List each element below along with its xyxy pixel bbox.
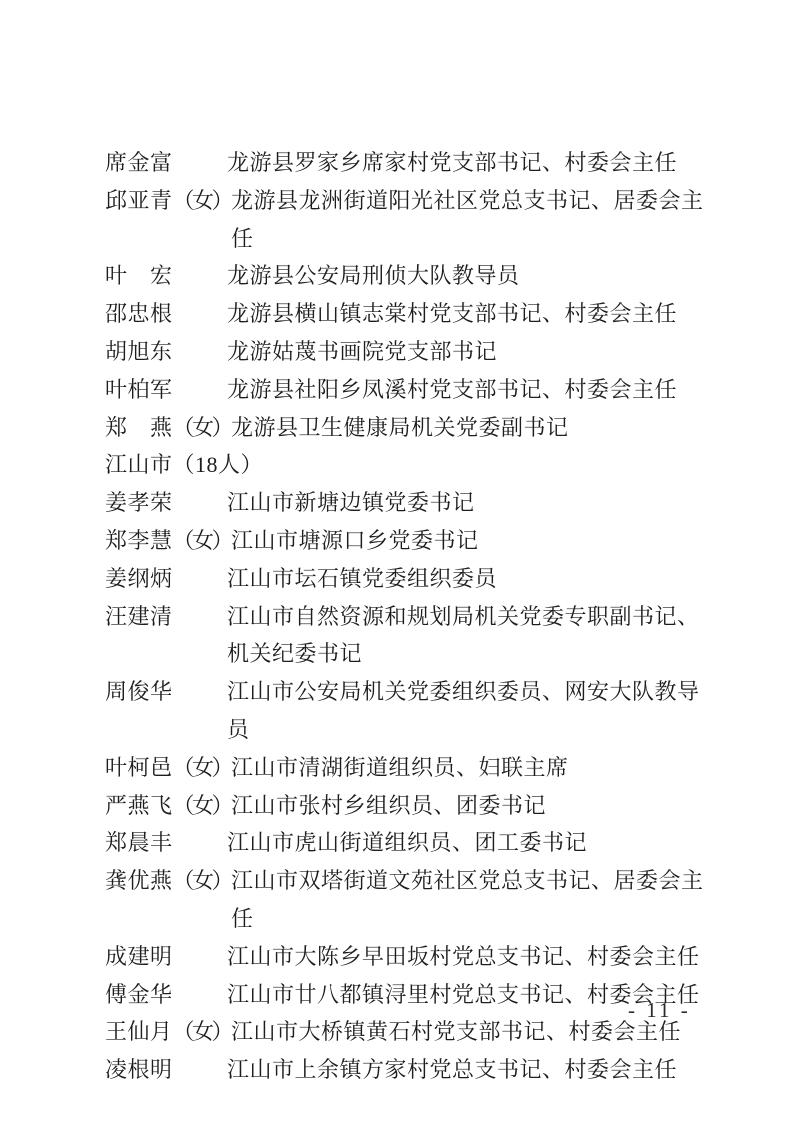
name-cell: 邵忠根 [105, 295, 227, 333]
roster-entry: 成建明 江山市大陈乡早田坂村党总支书记、村委会主任 [105, 938, 715, 976]
roster-list: 席金富 龙游县罗家乡席家村党支部书记、村委会主任 邱亚青（女） 龙游县龙洲街道阳… [105, 144, 715, 1089]
name-cell: 成建明 [105, 938, 227, 976]
name-cell: 龚优燕（女） [105, 862, 231, 900]
gender-suffix: （女） [173, 793, 232, 818]
person-name: 凌根明 [105, 1057, 173, 1082]
gender-suffix: （女） [173, 528, 232, 553]
person-name: 龚优燕 [105, 868, 173, 893]
roster-entry: 龚优燕（女） 江山市双塔街道文苑社区党总支书记、居委会主任 [105, 862, 715, 938]
name-cell: 王仙月（女） [105, 1013, 231, 1051]
name-cell: 郑 燕（女） [105, 409, 231, 447]
person-title: 龙游姑蔑书画院党支部书记 [227, 333, 714, 371]
person-title: 江山市公安局机关党委组织委员、网安大队教导员 [227, 673, 714, 749]
roster-entry: 郑晨丰 江山市虎山街道组织员、团工委书记 [105, 824, 715, 862]
name-cell: 郑李慧（女） [105, 522, 231, 560]
person-title: 龙游县罗家乡席家村党支部书记、村委会主任 [227, 144, 714, 182]
person-title: 龙游县龙洲街道阳光社区党总支书记、居委会主任 [231, 182, 715, 258]
name-cell: 傅金华 [105, 976, 227, 1014]
person-name: 严燕飞 [105, 793, 173, 818]
document-page: 席金富 龙游县罗家乡席家村党支部书记、村委会主任 邱亚青（女） 龙游县龙洲街道阳… [0, 0, 794, 1123]
roster-entry: 叶 宏 龙游县公安局刑侦大队教导员 [105, 257, 715, 295]
person-name: 傅金华 [105, 982, 173, 1007]
roster-entry: 姜孝荣 江山市新塘边镇党委书记 [105, 484, 715, 522]
name-cell: 邱亚青（女） [105, 182, 231, 220]
name-cell: 严燕飞（女） [105, 787, 231, 825]
person-title: 江山市大陈乡早田坂村党总支书记、村委会主任 [227, 938, 714, 976]
person-name: 叶柯邑 [105, 755, 173, 780]
name-cell: 周俊华 [105, 673, 227, 711]
person-title: 龙游县公安局刑侦大队教导员 [227, 257, 714, 295]
name-cell: 叶 宏 [105, 257, 227, 295]
roster-entry: 席金富 龙游县罗家乡席家村党支部书记、村委会主任 [105, 144, 715, 182]
gender-suffix: （女） [173, 1019, 232, 1044]
person-title: 江山市坛石镇党委组织委员 [227, 560, 714, 598]
roster-entry: 王仙月（女） 江山市大桥镇黄石村党支部书记、村委会主任 [105, 1013, 715, 1051]
person-title: 龙游县社阳乡凤溪村党支部书记、村委会主任 [227, 371, 714, 409]
gender-suffix: （女） [173, 188, 232, 213]
person-name: 郑晨丰 [105, 830, 173, 855]
person-title: 江山市自然资源和规划局机关党委专职副书记、机关纪委书记 [227, 598, 714, 674]
roster-entry: 傅金华 江山市廿八都镇浔里村党总支书记、村委会主任 [105, 976, 715, 1014]
name-cell: 汪建清 [105, 598, 227, 636]
roster-entry: 汪建清 江山市自然资源和规划局机关党委专职副书记、机关纪委书记 [105, 598, 715, 674]
person-name: 邱亚青 [105, 188, 173, 213]
page-number: - 11 - [628, 998, 691, 1023]
roster-entry: 邱亚青（女） 龙游县龙洲街道阳光社区党总支书记、居委会主任 [105, 182, 715, 258]
person-title: 江山市新塘边镇党委书记 [227, 484, 714, 522]
name-cell: 叶柏军 [105, 371, 227, 409]
person-name: 成建明 [105, 944, 173, 969]
roster-entry: 凌根明 江山市上余镇方家村党总支书记、村委会主任 [105, 1051, 715, 1089]
person-title: 龙游县卫生健康局机关党委副书记 [231, 409, 715, 447]
person-name: 汪建清 [105, 604, 173, 629]
roster-entry: 严燕飞（女） 江山市张村乡组织员、团委书记 [105, 787, 715, 825]
roster-entry: 叶柏军 龙游县社阳乡凤溪村党支部书记、村委会主任 [105, 371, 715, 409]
person-name: 姜纲炳 [105, 566, 173, 591]
gender-suffix: （女） [173, 868, 232, 893]
gender-suffix: （女） [173, 755, 232, 780]
roster-entry: 周俊华 江山市公安局机关党委组织委员、网安大队教导员 [105, 673, 715, 749]
name-cell: 席金富 [105, 144, 227, 182]
person-name: 邵忠根 [105, 301, 173, 326]
section-header: 江山市（18人） [105, 446, 715, 484]
roster-entry: 郑李慧（女） 江山市塘源口乡党委书记 [105, 522, 715, 560]
person-name: 姜孝荣 [105, 490, 173, 515]
name-cell: 胡旭东 [105, 333, 227, 371]
name-cell: 凌根明 [105, 1051, 227, 1089]
person-name: 郑李慧 [105, 528, 173, 553]
person-title: 江山市上余镇方家村党总支书记、村委会主任 [227, 1051, 714, 1089]
person-name: 王仙月 [105, 1019, 173, 1044]
person-title: 江山市塘源口乡党委书记 [231, 522, 715, 560]
person-title: 江山市张村乡组织员、团委书记 [231, 787, 715, 825]
roster-entry: 姜纲炳 江山市坛石镇党委组织委员 [105, 560, 715, 598]
person-name: 郑 燕 [105, 415, 173, 440]
roster-entry: 叶柯邑（女） 江山市清湖街道组织员、妇联主席 [105, 749, 715, 787]
person-title: 江山市双塔街道文苑社区党总支书记、居委会主任 [231, 862, 715, 938]
person-title: 龙游县横山镇志棠村党支部书记、村委会主任 [227, 295, 714, 333]
person-title: 江山市虎山街道组织员、团工委书记 [227, 824, 714, 862]
roster-entry: 邵忠根 龙游县横山镇志棠村党支部书记、村委会主任 [105, 295, 715, 333]
roster-entry: 胡旭东 龙游姑蔑书画院党支部书记 [105, 333, 715, 371]
roster-entry: 郑 燕（女） 龙游县卫生健康局机关党委副书记 [105, 409, 715, 447]
person-name: 席金富 [105, 150, 173, 175]
gender-suffix: （女） [173, 415, 232, 440]
name-cell: 姜纲炳 [105, 560, 227, 598]
name-cell: 郑晨丰 [105, 824, 227, 862]
person-name: 周俊华 [105, 679, 173, 704]
name-cell: 姜孝荣 [105, 484, 227, 522]
person-title: 江山市清湖街道组织员、妇联主席 [231, 749, 715, 787]
name-cell: 叶柯邑（女） [105, 749, 231, 787]
person-name: 叶 宏 [105, 263, 173, 288]
person-name: 叶柏军 [105, 377, 173, 402]
person-name: 胡旭东 [105, 339, 173, 364]
